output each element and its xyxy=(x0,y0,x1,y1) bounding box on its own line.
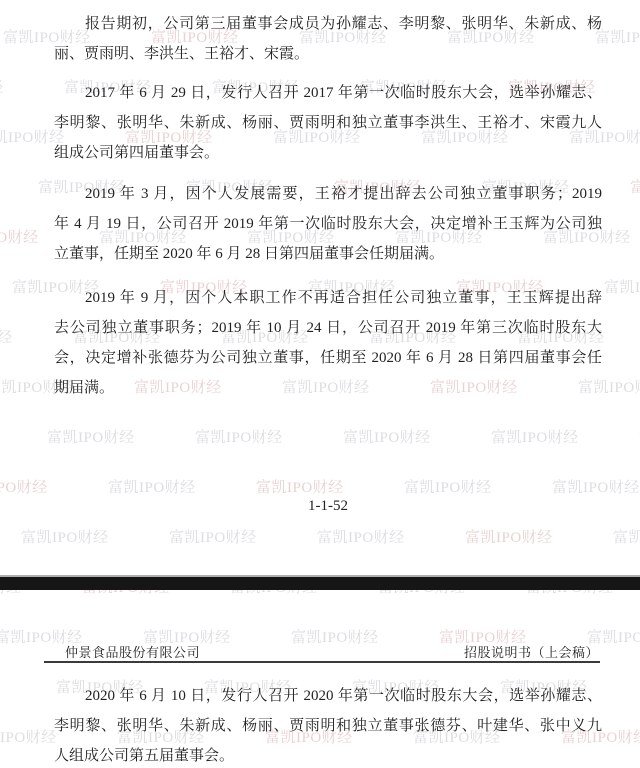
text-line: 2019 年 3 月，因个人发展需要，王裕才提出辞去公司独立董事职务；2019 xyxy=(54,179,602,209)
text-line: 报告期初，公司第三届董事会成员为孙耀志、李明黎、张明华、朱新成、杨 xyxy=(54,9,602,39)
text-line: 去公司独立董事职务；2019 年 10 月 24 日，公司召开 2019 年第三… xyxy=(54,313,602,343)
text-line: 期届满。 xyxy=(54,373,602,403)
document-title: 招股说明书（上会稿） xyxy=(464,642,599,661)
text-line: 2019 年 9 月，因个人本职工作不再适合担任公司独立董事，王玉辉提出辞 xyxy=(54,283,602,313)
text-line: 会，决定增补张德芬为公司独立董事，任期至 2020 年 6 月 28 日第四届董… xyxy=(54,343,602,373)
text-line: 丽、贾雨明、李洪生、王裕才、宋霞。 xyxy=(54,39,602,69)
text-line: 立董事，任期至 2020 年 6 月 28 日第四届董事会任期届满。 xyxy=(54,239,602,269)
body-paragraph: 2019 年 9 月，因个人本职工作不再适合担任公司独立董事，王玉辉提出辞去公司… xyxy=(54,283,602,403)
body-paragraph: 2020 年 6 月 10 日，发行人召开 2020 年第一次临时股东大会，选举… xyxy=(54,681,602,768)
text-line: 年 4 月 19 日，公司召开 2019 年第一次临时股东大会，决定增补王玉辉为… xyxy=(54,209,602,239)
text-line: 2020 年 6 月 10 日，发行人召开 2020 年第一次临时股东大会，选举… xyxy=(54,681,602,711)
text-line: 李明黎、张明华、朱新成、杨丽、贾雨明和独立董事张德芬、叶建华、张中义九 xyxy=(54,711,602,741)
text-line: 李明黎、张明华、朱新成、杨丽、贾雨明和独立董事李洪生、王裕才、宋霞九人 xyxy=(54,108,602,138)
text-line: 人组成公司第五届董事会。 xyxy=(54,741,602,768)
text-line: 2017 年 6 月 29 日，发行人召开 2017 年第一次临时股东大会，选举… xyxy=(54,78,602,108)
body-paragraph: 2019 年 3 月，因个人发展需要，王裕才提出辞去公司独立董事职务；2019年… xyxy=(54,179,602,269)
company-name: 仲景食品股份有限公司 xyxy=(65,642,200,661)
body-paragraph: 2017 年 6 月 29 日，发行人召开 2017 年第一次临时股东大会，选举… xyxy=(54,78,602,168)
page-number: 1-1-52 xyxy=(54,498,602,515)
body-paragraph: 报告期初，公司第三届董事会成员为孙耀志、李明黎、张明华、朱新成、杨丽、贾雨明、李… xyxy=(54,9,602,69)
content-layer: 报告期初，公司第三届董事会成员为孙耀志、李明黎、张明华、朱新成、杨丽、贾雨明、李… xyxy=(0,0,640,768)
page-divider xyxy=(0,575,640,590)
page2-header: 仲景食品股份有限公司 招股说明书（上会稿） xyxy=(44,640,600,663)
document-screenshot: 富凯IPO财经富凯IPO财经富凯IPO财经富凯IPO财经富凯IPO财经富凯IPO… xyxy=(0,0,640,768)
text-line: 组成公司第四届董事会。 xyxy=(54,138,602,168)
